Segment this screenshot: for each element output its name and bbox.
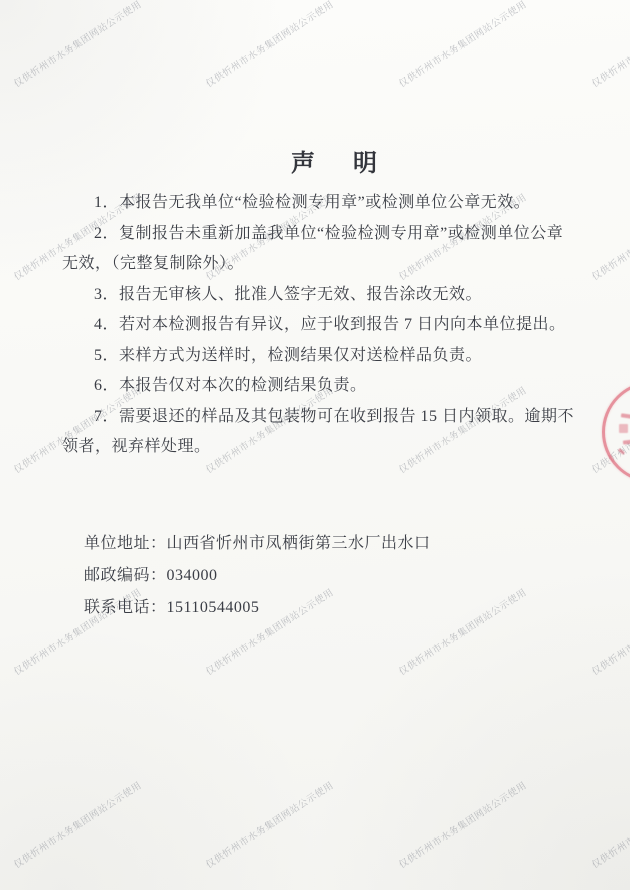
statement-item: 2．复制报告未重新加盖我单位“检验检测专用章”或检测单位公章无效，（完整复制除外…: [62, 219, 574, 280]
statement-item: 1．本报告无我单位“检验检测专用章”或检测单位公章无效。: [62, 188, 574, 219]
watermark-text: 仅供忻州市水务集团网站公示使用: [588, 0, 630, 90]
statement-item: 4．若对本检测报告有异议，应于收到报告 7 日内向本单位提出。: [62, 310, 574, 341]
contact-block: 单位地址：山西省忻州市凤栖街第三水厂出水口 邮政编码：034000 联系电话：1…: [84, 528, 431, 624]
watermark-text: 仅供忻州市水务集团网站公示使用: [395, 0, 528, 90]
statement-item: 3．报告无审核人、批准人签字无效、报告涂改无效。: [62, 280, 574, 311]
seal-text-fragment: [619, 424, 628, 433]
address-label: 单位地址：: [84, 535, 167, 552]
statement-item: 7．需要退还的样品及其包装物可在收到报告 15 日内领取。逾期不领者，视弃样处理…: [62, 402, 574, 463]
page-title: 声 明: [291, 143, 384, 178]
contact-phone-line: 联系电话：15110544005: [84, 592, 431, 624]
watermark-text: 仅供忻州市水务集团网站公示使用: [202, 778, 335, 871]
watermark-text: 仅供忻州市水务集团网站公示使用: [202, 0, 335, 90]
document-page: 仅供忻州市水务集团网站公示使用仅供忻州市水务集团网站公示使用仅供忻州市水务集团网…: [0, 0, 630, 890]
contact-address-line: 单位地址：山西省忻州市凤栖街第三水厂出水口: [84, 528, 431, 560]
contact-postal-line: 邮政编码：034000: [84, 560, 431, 592]
seal-text-fragment: [621, 413, 630, 418]
seal-text-fragment: [618, 448, 625, 455]
official-seal: [602, 381, 630, 483]
postal-value: 034000: [167, 567, 218, 584]
seal-text-fragment: [623, 439, 630, 444]
statement-list: 1．本报告无我单位“检验检测专用章”或检测单位公章无效。2．复制报告未重新加盖我…: [62, 188, 574, 463]
watermark-text: 仅供忻州市水务集团网站公示使用: [588, 778, 630, 871]
phone-value: 15110544005: [167, 599, 260, 616]
statement-item: 6．本报告仅对本次的检测结果负责。: [62, 371, 574, 402]
address-value: 山西省忻州市凤栖街第三水厂出水口: [167, 535, 431, 552]
watermark-text: 仅供忻州市水务集团网站公示使用: [10, 0, 143, 90]
postal-label: 邮政编码：: [84, 567, 167, 584]
watermark-text: 仅供忻州市水务集团网站公示使用: [10, 778, 143, 871]
phone-label: 联系电话：: [84, 599, 167, 616]
statement-item: 5．来样方式为送样时，检测结果仅对送检样品负责。: [62, 341, 574, 372]
watermark-text: 仅供忻州市水务集团网站公示使用: [588, 190, 630, 283]
watermark-text: 仅供忻州市水务集团网站公示使用: [395, 778, 528, 871]
watermark-text: 仅供忻州市水务集团网站公示使用: [588, 585, 630, 678]
